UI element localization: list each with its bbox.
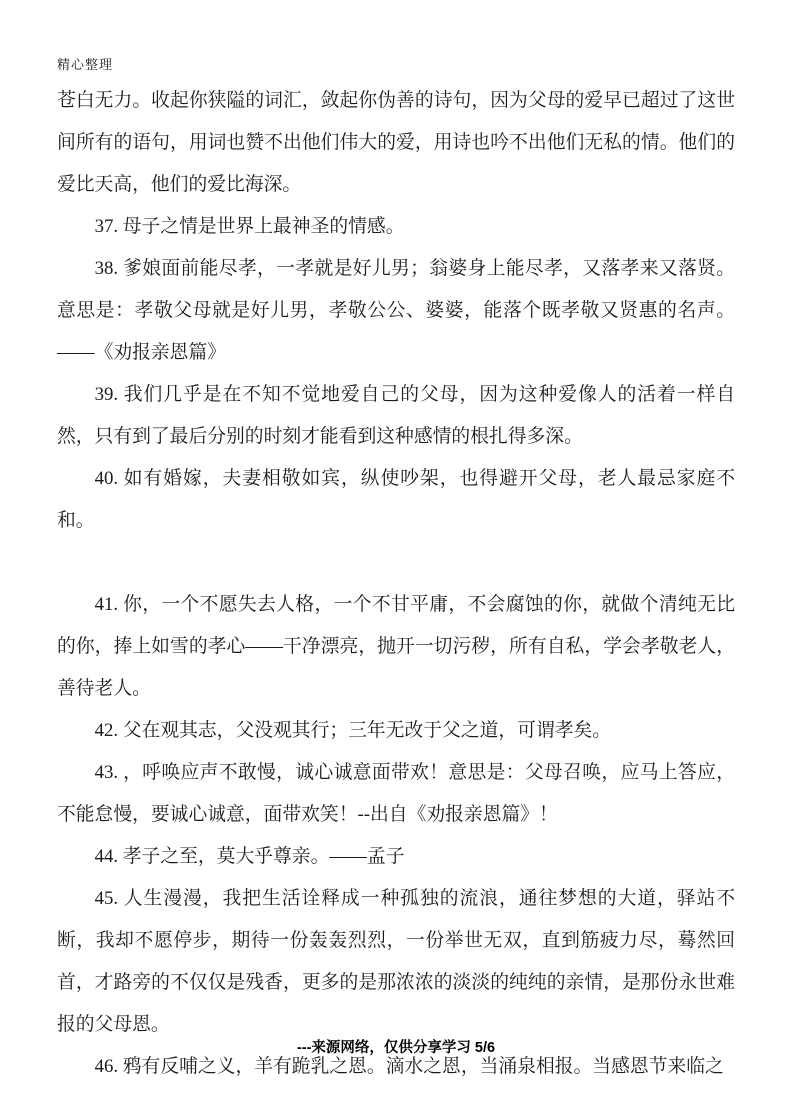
document-body: 苍白无力。收起你狭隘的词汇，敛起你伪善的诗句，因为父母的爱早已超过了这世间所有的… [57, 80, 735, 1088]
paragraph-38: 38. 爹娘面前能尽孝，一孝就是好儿男；翁婆身上能尽孝，又落孝来又落贤。意思是：… [57, 248, 735, 374]
paragraph-39: 39. 我们几乎是在不知不觉地爱自己的父母，因为这种爱像人的活着一样自然，只有到… [57, 374, 735, 458]
paragraph-continuation: 苍白无力。收起你狭隘的词汇，敛起你伪善的诗句，因为父母的爱早已超过了这世间所有的… [57, 80, 735, 206]
document-page: 精心整理 苍白无力。收起你狭隘的词汇，敛起你伪善的诗句，因为父母的爱早已超过了这… [0, 0, 792, 1120]
page-footer: ---来源网络，仅供分享学习 5/6 [0, 1036, 792, 1057]
paragraph-37: 37. 母子之情是世界上最神圣的情感。 [57, 206, 735, 248]
paragraph-45: 45. 人生漫漫，我把生活诠释成一种孤独的流浪，通往梦想的大道，驿站不断，我却不… [57, 878, 735, 1046]
paragraph-44: 44. 孝子之至，莫大乎尊亲。——孟子 [57, 836, 735, 878]
paragraph-41: 41. 你，一个不愿失去人格，一个不甘平庸，不会腐蚀的你，就做个清纯无比的你，捧… [57, 584, 735, 710]
paragraph-43: 43. ，呼唤应声不敢慢，诚心诚意面带欢！意思是：父母召唤，应马上答应，不能怠慢… [57, 752, 735, 836]
header-note: 精心整理 [57, 54, 113, 73]
paragraph-40: 40. 如有婚嫁，夫妻相敬如宾，纵使吵架，也得避开父母，老人最忌家庭不和。 [57, 458, 735, 542]
paragraph-42: 42. 父在观其志，父没观其行；三年无改于父之道，可谓孝矣。 [57, 710, 735, 752]
blank-line [57, 542, 735, 584]
